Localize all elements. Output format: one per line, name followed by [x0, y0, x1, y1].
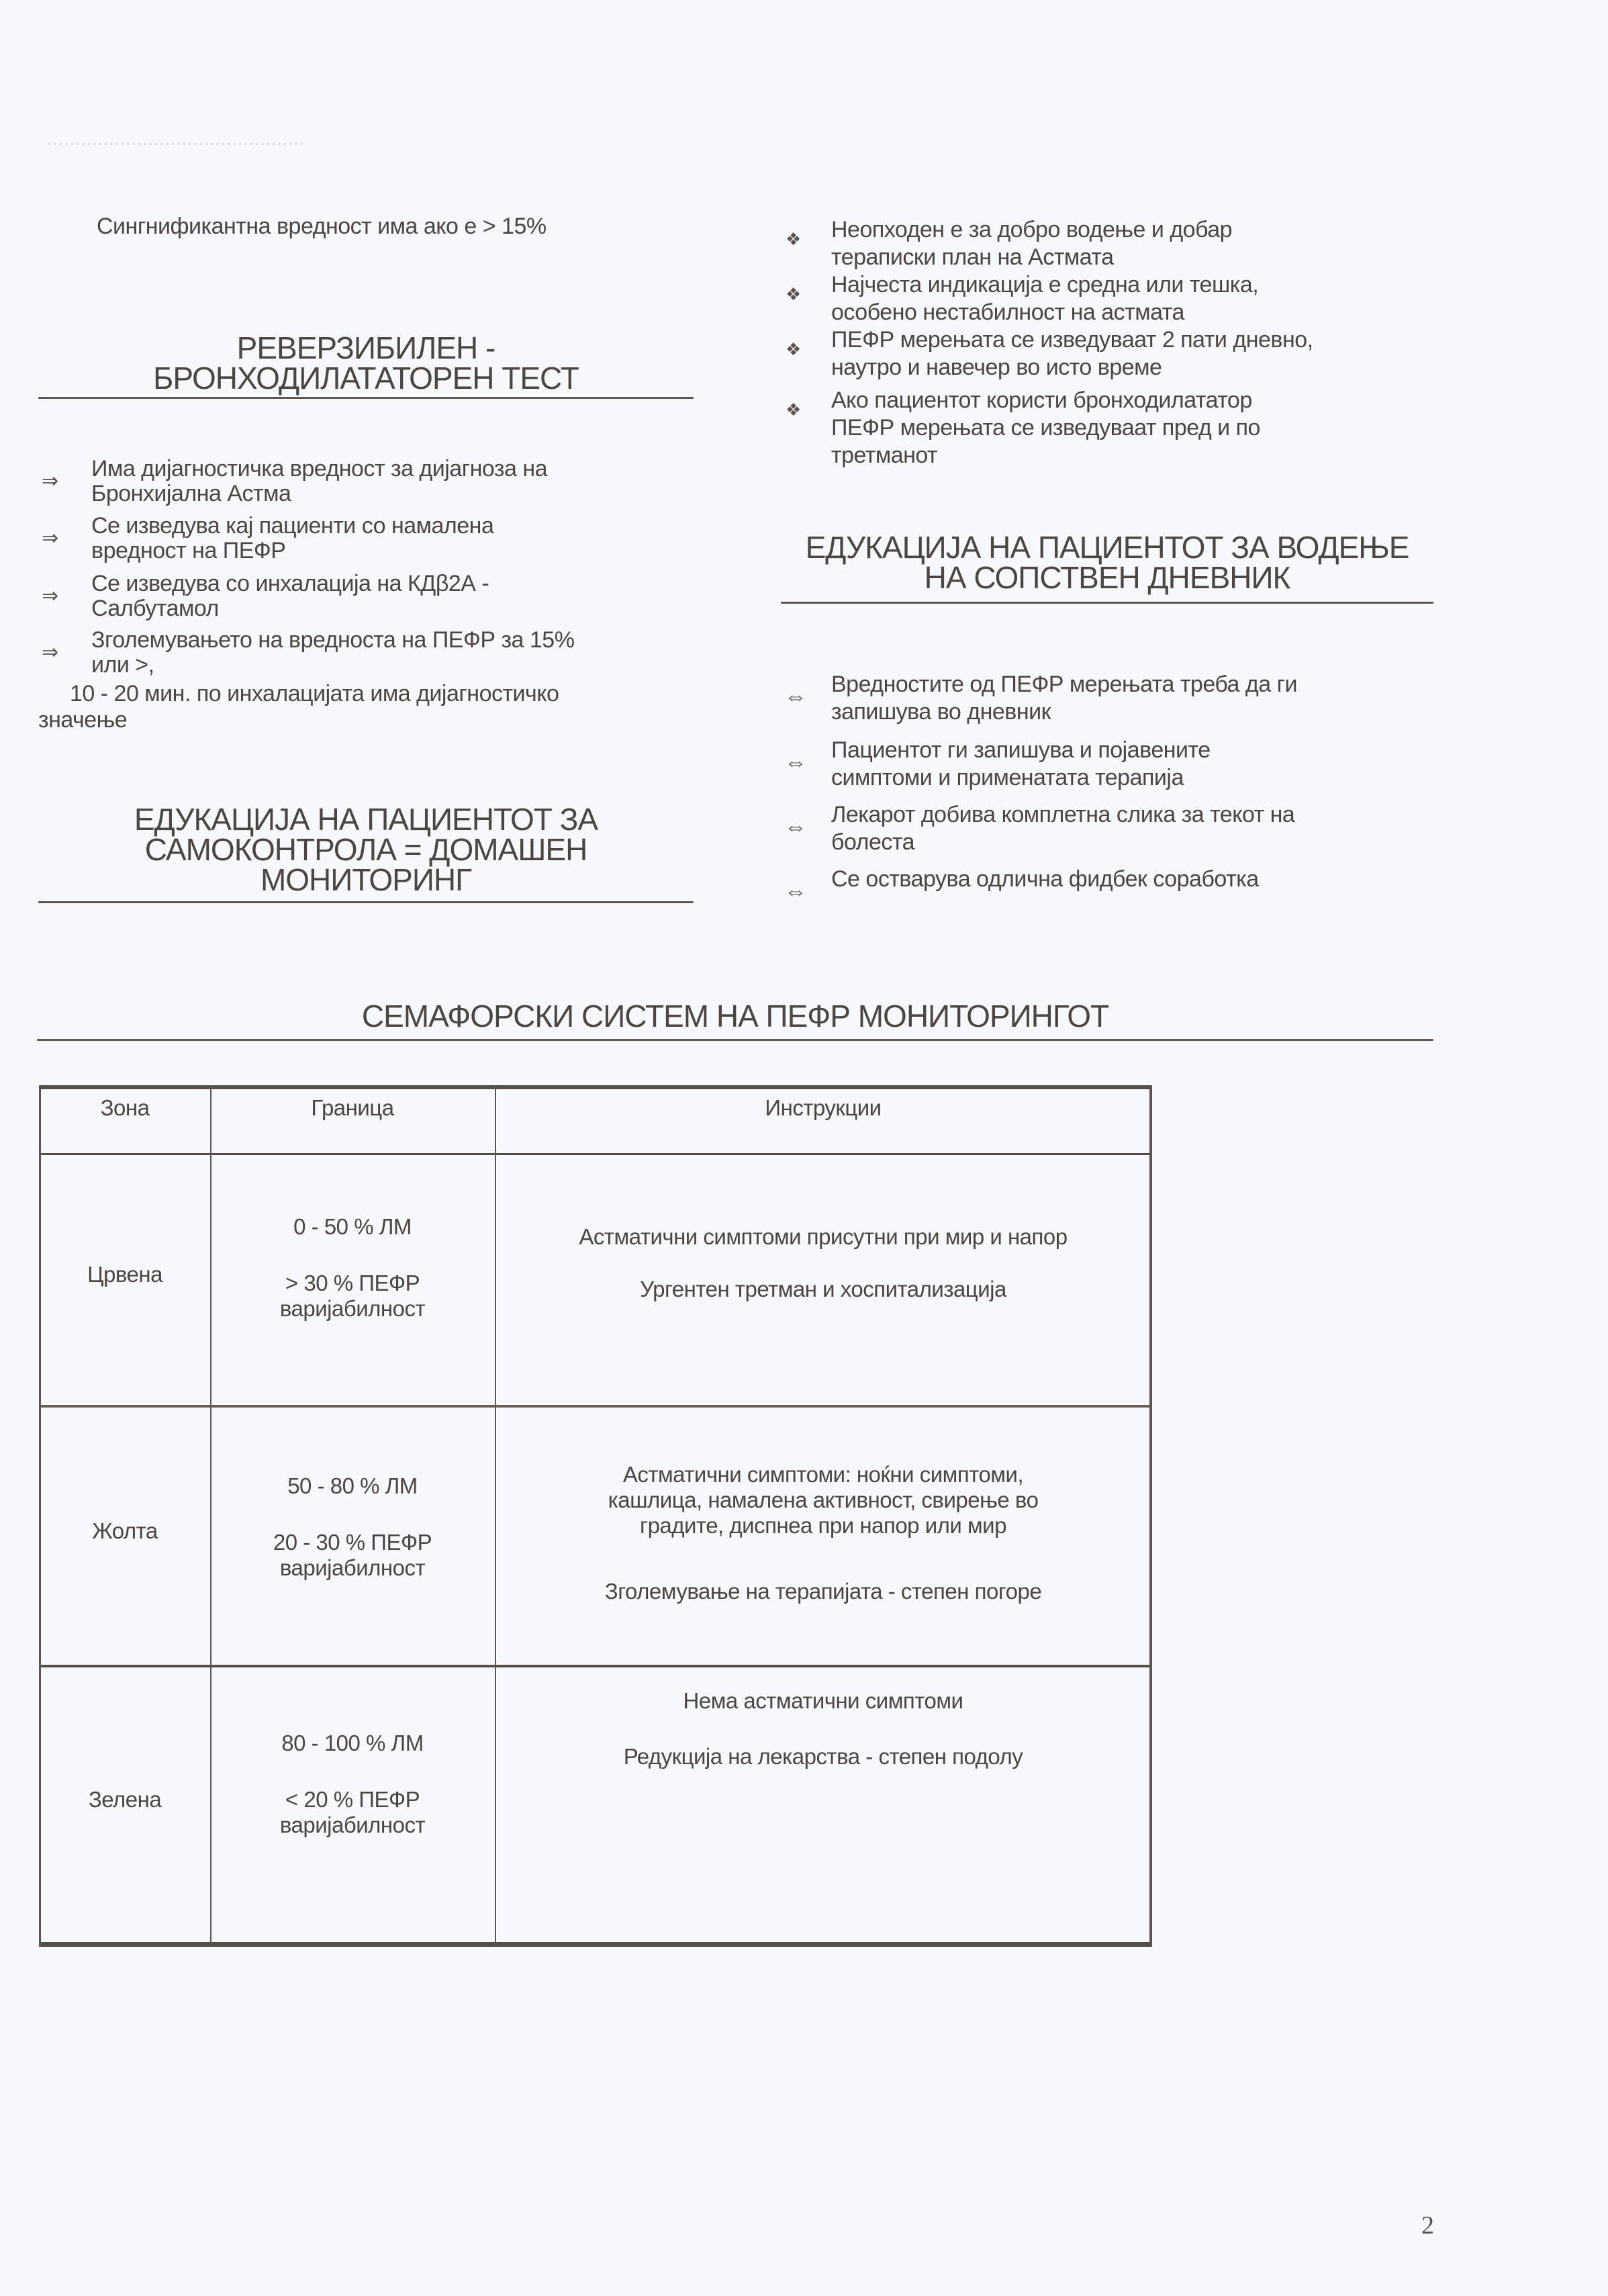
zone-name: Зелена	[89, 1786, 161, 1813]
limit-line: варијабилност	[280, 1296, 425, 1322]
bullet-text-line: Најчеста индикација е средна или тешка,	[831, 271, 1258, 299]
double-arrow-left-right-icon: ⇔	[784, 684, 807, 710]
table-border-top	[39, 1085, 1152, 1089]
instruction-line: Редукција на лекарства - степен подолу	[624, 1744, 1023, 1770]
instruction-line: Астматични симптоми: ноќни симптоми,	[608, 1462, 1039, 1487]
table-row-divider	[39, 1405, 1152, 1408]
zone-name: Црвена	[87, 1261, 162, 1288]
bullet-text-line: или >,	[91, 653, 574, 678]
limit-line: 80 - 100 % ЛМ	[280, 1731, 425, 1756]
zone-name: Жолта	[92, 1518, 158, 1545]
bullet-text-line: симптоми и применатата терапија	[831, 764, 1211, 792]
bullet-item: Се изведува кај пациенти со намаленавред…	[91, 514, 493, 563]
bullet-item: Ако пациентот користи бронходилататорПЕФ…	[831, 387, 1260, 469]
limit-line: 50 - 80 % ЛМ	[273, 1473, 432, 1499]
double-arrow-right-icon: ⇒	[42, 469, 58, 493]
heading-line: БРОНХОДИЛАТАТОРЕН ТЕСТ	[38, 363, 694, 394]
zone-limit: 0 - 50 % ЛМ> 30 % ПЕФРваријабилност	[280, 1214, 425, 1322]
table-border-bottom	[39, 1942, 1152, 1947]
bullet-text-line: Салбутамол	[91, 596, 489, 621]
double-arrow-left-right-icon: ⇔	[784, 814, 807, 840]
bullet-text-line: Зголемувањето на вредноста на ПЕФР за 15…	[91, 628, 574, 653]
bullet-text-line: ПЕФР мерењата се изведуваат 2 пати дневн…	[831, 326, 1313, 354]
limit-line: 0 - 50 % ЛМ	[280, 1214, 425, 1240]
limit-line: варијабилност	[273, 1555, 432, 1581]
table-column-divider	[210, 1085, 211, 1946]
four-diamonds-icon: ❖	[786, 284, 801, 305]
limit-line: 20 - 30 % ПЕФР	[273, 1530, 432, 1555]
limit-line	[273, 1499, 432, 1530]
traffic-light-heading: СЕМАФОРСКИ СИСТЕМ НА ПЕФР МОНИТОРИНГОТ	[37, 1001, 1433, 1031]
limit-line	[280, 1756, 425, 1787]
bullet-text-line: Бронхијална Астма	[91, 481, 547, 506]
table-column-divider	[495, 1085, 496, 1946]
limit-line	[280, 1240, 425, 1271]
heading-line: САМОКОНТРОЛА = ДОМАШЕН	[38, 835, 694, 865]
four-diamonds-icon: ❖	[786, 339, 801, 360]
table-column-header: Инструкции	[765, 1095, 881, 1121]
bullet-item: Вредностите од ПЕФР мерењата треба да ги…	[831, 671, 1297, 726]
instruction-line: Зголемување на терапијата - степен погор…	[605, 1579, 1041, 1604]
bullet-text-line: особено нестабилност на астмата	[831, 299, 1258, 326]
heading-line: РЕВЕРЗИБИЛЕН -	[38, 333, 694, 363]
significance-note: Сингнификантна вредност има ако е > 15%	[97, 212, 547, 240]
table-border-right	[1149, 1085, 1152, 1946]
zone-instruction: Зголемување на терапијата - степен погор…	[605, 1579, 1041, 1604]
bullet-item: ПЕФР мерењата се изведуваат 2 пати дневн…	[831, 326, 1313, 381]
table-row-divider	[39, 1665, 1152, 1667]
zone-instruction: Астматични симптоми: ноќни симптоми,кашл…	[608, 1462, 1039, 1539]
limit-line: < 20 % ПЕФР	[280, 1787, 425, 1812]
double-arrow-right-icon: ⇒	[42, 641, 58, 664]
section-divider	[38, 901, 694, 903]
instruction-line: Нема астматични симптоми	[683, 1688, 963, 1714]
bullet-item: Неопходен е за добро водење и добартерап…	[831, 216, 1232, 271]
bullet-text-line: Вредностите од ПЕФР мерењата треба да ги	[831, 671, 1297, 698]
zone-instruction: Редукција на лекарства - степен подолу	[624, 1744, 1023, 1770]
instruction-line: Ургентен третман и хоспитализација	[640, 1277, 1006, 1302]
bullet-item: Зголемувањето на вредноста на ПЕФР за 15…	[91, 628, 574, 678]
table-column-header: Зона	[101, 1095, 150, 1121]
zone-instruction: Ургентен третман и хоспитализација	[640, 1277, 1006, 1302]
section-divider	[37, 1039, 1433, 1041]
diagnostic-significance-note: 10 - 20 мин. по инхалацијата има дијагно…	[38, 681, 559, 733]
bullet-text-line: ПЕФР мерењата се изведуваат пред и по	[831, 414, 1260, 442]
bullet-text-line: Лекарот добива комплетна слика за текот …	[831, 801, 1294, 829]
section-divider	[781, 602, 1433, 604]
self-control-heading: ЕДУКАЦИЈА НА ПАЦИЕНТОТ ЗА САМОКОНТРОЛА =…	[38, 805, 694, 895]
heading-line: ЕДУКАЦИЈА НА ПАЦИЕНТОТ ЗА ВОДЕЊЕ	[781, 533, 1433, 563]
note-line: 10 - 20 мин. по инхалацијата има дијагно…	[38, 681, 559, 707]
diary-heading: ЕДУКАЦИЈА НА ПАЦИЕНТОТ ЗА ВОДЕЊЕ НА СОПС…	[781, 533, 1433, 593]
bullet-item: Се остварува одлична фидбек соработка	[831, 866, 1259, 893]
bullet-text-line: Има дијагностичка вредност за дијагноза …	[91, 457, 547, 481]
bullet-text-line: Се остварува одлична фидбек соработка	[831, 866, 1259, 893]
instruction-line: Астматични симптоми присутни при мир и н…	[579, 1224, 1067, 1250]
bullet-item: Има дијагностичка вредност за дијагноза …	[91, 457, 547, 506]
instruction-line: градите, диспнеа при напор или мир	[608, 1513, 1039, 1539]
heading-line: НА СОПСТВЕН ДНЕВНИК	[781, 563, 1433, 593]
bullet-item: Се изведува со инхалација на КДβ2А -Салб…	[91, 571, 489, 621]
bullet-item: Најчеста индикација е средна или тешка,о…	[831, 271, 1258, 326]
zone-instruction: Нема астматични симптоми	[683, 1688, 963, 1714]
double-arrow-right-icon: ⇒	[42, 526, 58, 550]
bullet-text-line: тераписки план на Астмата	[831, 244, 1232, 271]
bullet-text-line: запишува во дневник	[831, 698, 1297, 726]
double-arrow-left-right-icon: ⇔	[784, 878, 807, 905]
bullet-text-line: наутро и навечер во исто време	[831, 354, 1313, 381]
double-arrow-left-right-icon: ⇔	[784, 749, 807, 776]
page-number: 2	[1421, 2211, 1434, 2240]
bullet-text-line: Се изведува кај пациенти со намалена	[91, 514, 493, 539]
bullet-text-line: Се изведува со инхалација на КДβ2А -	[91, 571, 489, 596]
instruction-line: кашлица, намалена активност, свирење во	[608, 1487, 1039, 1513]
table-border-left	[39, 1085, 41, 1946]
limit-line: > 30 % ПЕФР	[280, 1271, 425, 1296]
heading-line: ЕДУКАЦИЈА НА ПАЦИЕНТОТ ЗА	[38, 805, 694, 835]
four-diamonds-icon: ❖	[786, 400, 801, 420]
four-diamonds-icon: ❖	[786, 229, 801, 250]
bullet-item: Пациентот ги запишува и појавенитесимпто…	[831, 737, 1211, 792]
zone-limit: 80 - 100 % ЛМ< 20 % ПЕФРваријабилност	[280, 1731, 425, 1838]
table-row-divider	[39, 1153, 1152, 1155]
traffic-light-table: ЗонаГраницаИнструкцииЦрвена0 - 50 % ЛМ> …	[39, 1085, 1152, 1946]
bullet-text-line: болеста	[831, 829, 1294, 856]
note-line: значење	[38, 707, 559, 733]
bullet-text-line: Ако пациентот користи бронходилататор	[831, 387, 1260, 414]
bullet-text-line: Неопходен е за добро водење и добар	[831, 216, 1232, 244]
limit-line: варијабилност	[280, 1812, 425, 1838]
bullet-text-line: Пациентот ги запишува и појавените	[831, 737, 1211, 764]
bullet-text-line: третманот	[831, 442, 1260, 469]
bullet-item: Лекарот добива комплетна слика за текот …	[831, 801, 1294, 856]
section-divider	[38, 397, 694, 399]
zone-instruction: Астматични симптоми присутни при мир и н…	[579, 1224, 1067, 1250]
table-column-header: Граница	[311, 1095, 393, 1121]
reversible-test-heading: РЕВЕРЗИБИЛЕН - БРОНХОДИЛАТАТОРЕН ТЕСТ	[38, 333, 694, 394]
bullet-text-line: вредност на ПЕФР	[91, 539, 493, 563]
zone-limit: 50 - 80 % ЛМ20 - 30 % ПЕФРваријабилност	[273, 1473, 432, 1581]
bleed-through-texture: ........................................…	[47, 128, 304, 150]
heading-line: МОНИТОРИНГ	[38, 865, 694, 895]
double-arrow-right-icon: ⇒	[42, 584, 58, 608]
